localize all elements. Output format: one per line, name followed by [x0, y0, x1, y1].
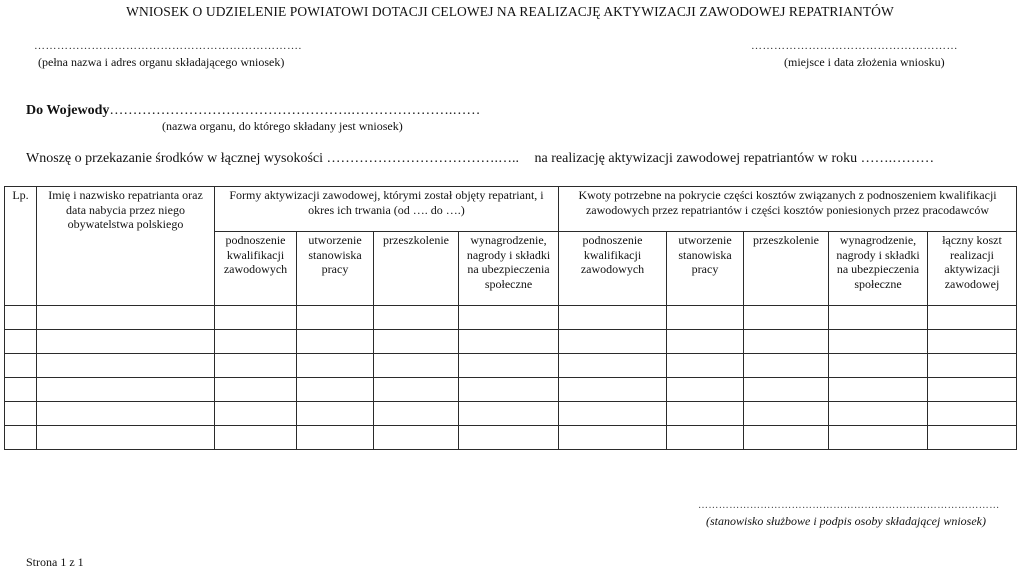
table-cell[interactable] [297, 378, 374, 402]
table-cell[interactable] [215, 306, 297, 330]
table-cell[interactable] [928, 306, 1017, 330]
table-row [5, 426, 1017, 450]
table-cell[interactable] [37, 378, 215, 402]
header-amounts-total: łączny koszt realizacji aktywizacji zawo… [928, 232, 1017, 306]
table-cell[interactable] [667, 378, 744, 402]
table-cell[interactable] [744, 330, 829, 354]
table-cell[interactable] [459, 426, 559, 450]
page-number: Strona 1 z 1 [26, 555, 84, 570]
table-cell[interactable] [37, 330, 215, 354]
table-row [5, 330, 1017, 354]
recipient-field[interactable]: …………………………………………….………………….…… [109, 103, 480, 118]
table-cell[interactable] [215, 330, 297, 354]
table-cell[interactable] [928, 378, 1017, 402]
table-cell[interactable] [5, 354, 37, 378]
table-cell[interactable] [459, 330, 559, 354]
table-cell[interactable] [459, 306, 559, 330]
table-cell[interactable] [215, 354, 297, 378]
table-row [5, 378, 1017, 402]
table-cell[interactable] [297, 402, 374, 426]
header-amounts-training: przeszkolenie [744, 232, 829, 306]
request-text-before: Wnoszę o przekazanie środków w łącznej w… [26, 151, 323, 166]
table-cell[interactable] [667, 330, 744, 354]
signature-caption: (stanowisko służbowe i podpis osoby skła… [706, 514, 986, 529]
table-cell[interactable] [215, 378, 297, 402]
table-row [5, 306, 1017, 330]
table-cell[interactable] [37, 306, 215, 330]
place-date-caption: (miejsce i data złożenia wniosku) [784, 55, 945, 70]
table-cell[interactable] [928, 354, 1017, 378]
request-line: Wnoszę o przekazanie środków w łącznej w… [26, 151, 934, 167]
repatriants-table: Lp. Imię i nazwisko repatrianta oraz dat… [4, 186, 1017, 450]
table-cell[interactable] [374, 426, 459, 450]
amount-field[interactable]: ……………………………….….. [327, 151, 520, 166]
header-amounts-salary: wynagrodzenie, nagrody i składki na ubez… [829, 232, 928, 306]
table-cell[interactable] [459, 354, 559, 378]
table-cell[interactable] [297, 426, 374, 450]
table-cell[interactable] [744, 402, 829, 426]
header-forms-training: przeszkolenie [374, 232, 459, 306]
table-cell[interactable] [374, 306, 459, 330]
table-cell[interactable] [829, 378, 928, 402]
table-cell[interactable] [928, 330, 1017, 354]
table-cell[interactable] [667, 306, 744, 330]
table-cell[interactable] [37, 426, 215, 450]
table-cell[interactable] [744, 378, 829, 402]
header-forms-group: Formy aktywizacji zawodowej, którymi zos… [215, 187, 559, 232]
table-cell[interactable] [928, 426, 1017, 450]
year-field[interactable]: …….……… [861, 151, 935, 166]
table-cell[interactable] [374, 402, 459, 426]
table-cell[interactable] [667, 354, 744, 378]
table-cell[interactable] [559, 306, 667, 330]
table-cell[interactable] [297, 354, 374, 378]
request-text-after: na realizację aktywizacji zawodowej repa… [535, 151, 858, 166]
table-body [5, 306, 1017, 450]
table-cell[interactable] [5, 426, 37, 450]
table-cell[interactable] [459, 378, 559, 402]
table-cell[interactable] [829, 426, 928, 450]
applicant-field[interactable]: ……………………………………………………………. [34, 40, 302, 52]
table-cell[interactable] [744, 426, 829, 450]
table-cell[interactable] [744, 354, 829, 378]
recipient-label: Do Wojewody [26, 103, 109, 118]
table-cell[interactable] [297, 330, 374, 354]
table-cell[interactable] [667, 402, 744, 426]
table-cell[interactable] [829, 306, 928, 330]
signature-field[interactable]: …………………………………………………………………………… [698, 500, 1000, 511]
header-forms-qualifications: podnoszenie kwalifikacji zawodowych [215, 232, 297, 306]
table-cell[interactable] [829, 330, 928, 354]
table-cell[interactable] [559, 354, 667, 378]
table-cell[interactable] [559, 378, 667, 402]
recipient-line: Do Wojewody…………………………………………….………………….…… [26, 103, 480, 119]
table-cell[interactable] [5, 330, 37, 354]
header-amounts-group: Kwoty potrzebne na pokrycie części koszt… [559, 187, 1017, 232]
table-cell[interactable] [559, 426, 667, 450]
header-forms-workstation: utworzenie stanowiska pracy [297, 232, 374, 306]
table-cell[interactable] [5, 306, 37, 330]
table-cell[interactable] [559, 402, 667, 426]
table-cell[interactable] [829, 402, 928, 426]
table-cell[interactable] [374, 330, 459, 354]
header-amounts-qualifications: podnoszenie kwalifikacji zawodowych [559, 232, 667, 306]
table-cell[interactable] [744, 306, 829, 330]
table-cell[interactable] [374, 354, 459, 378]
table-cell[interactable] [829, 354, 928, 378]
table-cell[interactable] [559, 330, 667, 354]
table-cell[interactable] [37, 402, 215, 426]
table-cell[interactable] [215, 426, 297, 450]
place-date-field[interactable]: ……………………………………………… [751, 40, 958, 52]
header-lp: Lp. [5, 187, 37, 306]
recipient-caption: (nazwa organu, do którego składany jest … [162, 119, 403, 134]
table-cell[interactable] [5, 402, 37, 426]
table-cell[interactable] [37, 354, 215, 378]
applicant-caption: (pełna nazwa i adres organu składającego… [38, 55, 284, 70]
table-row [5, 402, 1017, 426]
header-forms-salary: wynagrodzenie, nagrody i składki na ubez… [459, 232, 559, 306]
table-row [5, 354, 1017, 378]
header-name: Imię i nazwisko repatrianta oraz data na… [37, 187, 215, 306]
table-cell[interactable] [459, 402, 559, 426]
table-cell[interactable] [5, 378, 37, 402]
header-amounts-workstation: utworzenie stanowiska pracy [667, 232, 744, 306]
table-cell[interactable] [374, 378, 459, 402]
table-cell[interactable] [215, 402, 297, 426]
table-cell[interactable] [667, 426, 744, 450]
table-cell[interactable] [297, 306, 374, 330]
document-title: WNIOSEK O UDZIELENIE POWIATOWI DOTACJI C… [0, 4, 1020, 20]
table-cell[interactable] [928, 402, 1017, 426]
